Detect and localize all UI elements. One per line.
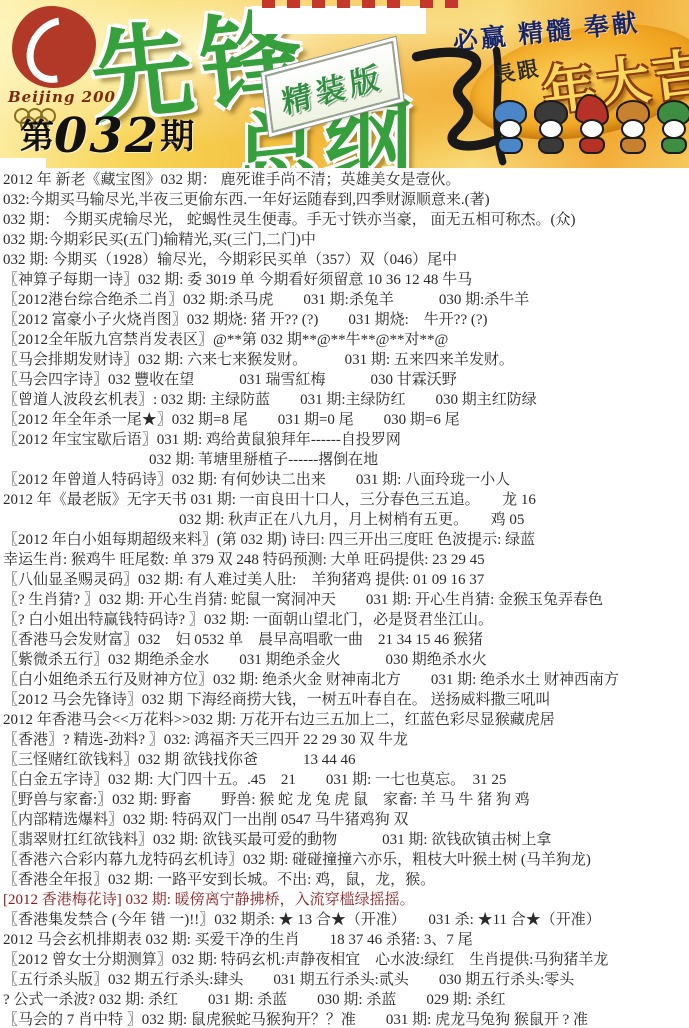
text-line: 〖2012全年版九宫禁肖发表区〗@**第 032 期**@**牛**@**对**…	[3, 330, 689, 350]
blank-censor-box	[252, 6, 426, 34]
fuwa-mascots-row	[492, 100, 689, 164]
fuwa-huanhuan-icon	[574, 100, 610, 164]
fuwa-jingjing-icon	[533, 100, 569, 164]
text-line: 032 期: 今期买（1928）输尽光，今期彩民买单（357）双（046）尾中	[3, 250, 689, 270]
text-line: ? 公式一杀波? 032 期: 杀红 031 期: 杀蓝 030 期: 杀蓝 0…	[3, 990, 689, 1010]
text-line: 幸运生肖: 猴鸡牛 旺尾数: 单 379 双 248 特码预测: 大单 旺码提供…	[3, 550, 689, 570]
text-line: 〖紫微杀五行〗032 期绝杀金水 031 期绝杀金火 030 期绝杀水火	[3, 650, 689, 670]
text-line: 〖2012港台综合绝杀二肖〗032 期:杀马虎 031 期:杀兔羊 030 期:…	[3, 290, 689, 310]
header-banner: Beijing 2008 先锋 总纲 第032期 精装版 必赢 精髓 奉献 長跟…	[0, 0, 689, 168]
text-line: 〖2012 富豪小子火烧肖图〗032 期烧: 猪 开?? (?) 031 期烧:…	[3, 310, 689, 330]
cropped-red-text-fragment	[420, 0, 462, 8]
white-corner-patch	[0, 158, 46, 168]
text-line: 〖2012 曾女士分期测算〗032 期: 特码玄机:声静夜相宜 心水波:绿红 生…	[3, 950, 689, 970]
beijing-2008-emblem-icon	[12, 6, 96, 88]
text-line: 〖2012 年白小姐每期超级来料〗(第 032 期) 诗曰: 四三开出三度旺 色…	[3, 530, 689, 550]
cropped-red-text-fragment	[262, 0, 412, 8]
text-line: 〖? 生肖猜? 〗032 期: 开心生肖猜: 蛇鼠一窝洞冲天 031 期: 开心…	[3, 590, 689, 610]
text-line: 2012 年香港马会<<万花料>>032 期: 万花开右边三五加上二，红蓝色彩尽…	[3, 710, 689, 730]
text-line: 032 期： 今期买虎输尽光， 蛇蝎性灵生便毒。手无寸铁亦当豪， 面无五相可称杰…	[3, 210, 689, 230]
text-line: 032 期:今期彩民买(五门)输精光,买(三门,二门)中	[3, 230, 689, 250]
text-line: 〖马会排期发财诗〗032 期: 六来七来猴发财。 031 期: 五来四来羊发财。	[3, 350, 689, 370]
text-line: 〖神算子每期一诗〗032 期: 委 3019 单 今期看好须留意 10 36 1…	[3, 270, 689, 290]
text-line: 2012 马会玄机排期表 032 期: 买爱干净的生肖 18 37 46 杀猪:…	[3, 930, 689, 950]
text-line: 〖2012 年全年杀一尾★〗032 期=8 尾 031 期=0 尾 030 期=…	[3, 410, 689, 430]
text-line: 〖内部精选爆料〗032 期: 特码双门一出削 0547 马牛猪鸡狗 双	[3, 810, 689, 830]
text-line: 〖五行杀头版〗032 期五行杀头:肆头 031 期五行杀头:贰头 030 期五行…	[3, 970, 689, 990]
text-line: 〖马会四字诗〗032 豐收在望 031 瑞雪紅梅 030 甘霖沃野	[3, 370, 689, 390]
text-line: 〖曾道人波段玄机表〗: 032 期: 主绿防蓝 031 期:主绿防红 030 期…	[3, 390, 689, 410]
text-line: 〖2012 年曾道人特码诗〗032 期: 有何妙诀二出来 031 期: 八面玲珑…	[3, 470, 689, 490]
text-line: 〖三怪赌红欲钱料〗032 期 欲钱找你爸 13 44 46	[3, 750, 689, 770]
text-line: 032 期: 苇塘里掰植子------撂倒在地	[3, 450, 689, 470]
text-line: 〖香港集发禁合 (今年 错 一)!!〗032 期杀: ★ 13 合★（开准） 0…	[3, 910, 689, 930]
text-line: 〖香港六合彩内幕九龙特码玄机诗〗032 期: 碰碰撞撞六亦乐，粗枝大叶猴土树 (…	[3, 850, 689, 870]
text-line: 〖八仙显圣赐灵码〗032 期: 有人难过美人肚: 羊狗猪鸡 提供: 01 09 …	[3, 570, 689, 590]
text-line: 〖野兽与家畜:〗032 期: 野畜 野兽: 猴 蛇 龙 兔 虎 鼠 家畜: 羊 …	[3, 790, 689, 810]
fuwa-beibei-icon	[492, 100, 528, 164]
text-line: 〖香港〗? 精选-劲料? 〗032: 鸿福齐天三四开 22 29 30 双 牛龙	[3, 730, 689, 750]
text-line: 〖2012 马会先锋诗〗032 期 下海经商捞大钱，一树五叶春自在。 送扬威料撒…	[3, 690, 689, 710]
text-line: 〖白小姐绝杀五行及财神方位〗032 期: 绝杀火金 财神南北方 031 期: 绝…	[3, 670, 689, 690]
tip-sheet-text-body: 2012 年 新老《藏宝图》032 期： 鹿死谁手尚不清；英雄美女是壹伙。032…	[0, 168, 689, 1028]
text-line: 2012 年《最老版》无字天书 031 期: 一亩良田十口人，三分春色三五追。 …	[3, 490, 689, 510]
text-line: 〖翡翠财扛红欲钱料〗032 期: 欲钱买最可爱的動物 031 期: 欲钱砍镇击树…	[3, 830, 689, 850]
text-line: 〖香港全年报〗032 期: 一路平安到长城。不出: 鸡，鼠，龙，猴。	[3, 870, 689, 890]
text-line: 032 期: 秋声正在八九月，月上树梢有五更。 鸡 05	[3, 510, 689, 530]
fuwa-yingying-icon	[615, 100, 651, 164]
issue-number: 第032期	[20, 108, 194, 164]
text-line: 032:今期买马输尽光,半夜三更偷东西.一年好运随春到,四季财源顺意来.(著)	[3, 190, 689, 210]
text-line: 2012 年 新老《藏宝图》032 期： 鹿死谁手尚不清；英雄美女是壹伙。	[3, 170, 689, 190]
fuwa-nini-icon	[656, 100, 689, 164]
text-line: 〖香港马会发财富〗032 妇 0532 单 晨早高唱歌一曲 21 34 15 4…	[3, 630, 689, 650]
text-line: [2012 香港梅花诗] 032 期: 暖傍离宁静拂桥，入流穿槛绿摇摇。	[3, 890, 689, 910]
text-line: 〖2012 年宝宝歇后语〗031 期: 鸡给黄鼠狼拜年------自投罗网	[3, 430, 689, 450]
text-line: 〖马会的 7 肖中特 〗032 期: 鼠虎猴蛇马猴狗开？？准 031 期: 虎龙…	[3, 1010, 689, 1028]
text-line: 〖? 白小姐出特赢钱特码诗? 〗032 期: 一面朝山望北门，必是贤君坐江山。	[3, 610, 689, 630]
text-line: 〖白金五字诗〗032 期: 大门四十五。.45 21 031 期: 一七也莫忘。…	[3, 770, 689, 790]
